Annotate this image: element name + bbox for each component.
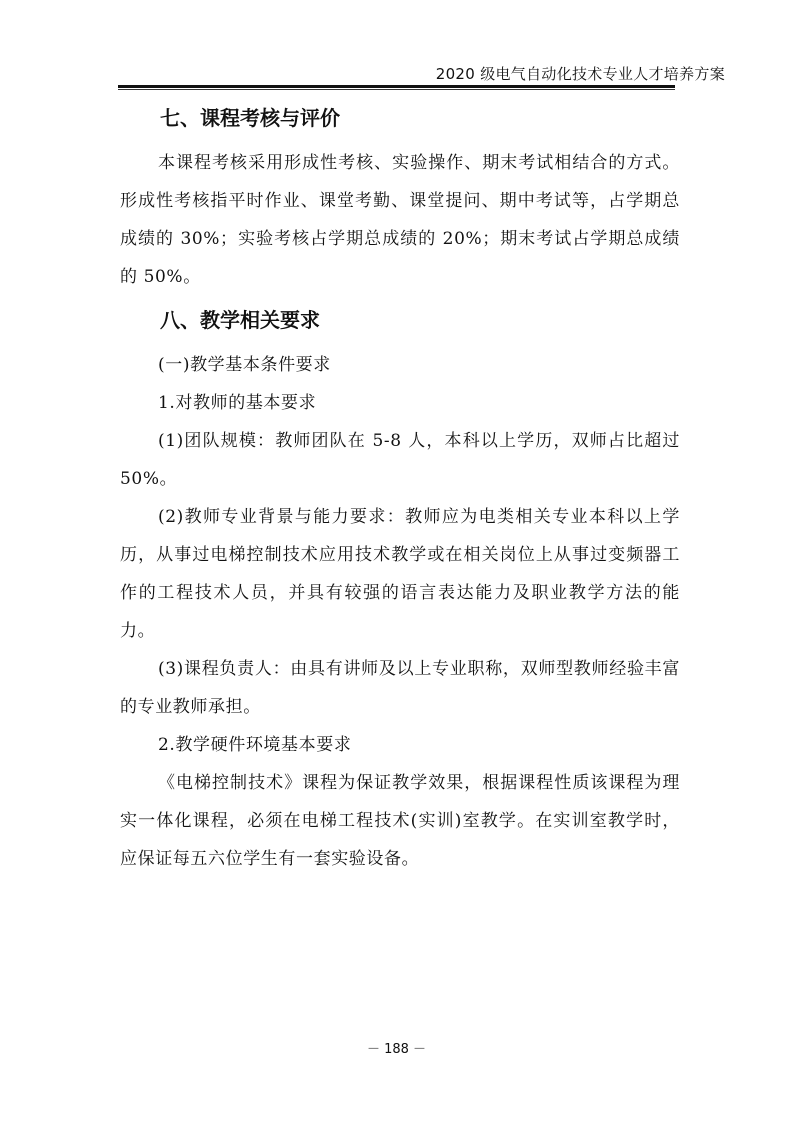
teacher-requirement-course-lead: (3)课程负责人：由具有讲师及以上专业职称，双师型教师经验丰富的专业教师承担。 [120, 650, 680, 726]
item-title-teacher-requirements: 1.对教师的基本要求 [120, 384, 680, 422]
item-title-hardware-requirements: 2.教学硬件环境基本要求 [120, 726, 680, 764]
section-heading-7: 七、课程考核与评价 [120, 104, 680, 144]
document-title: 2020 级电气自动化技术专业人才培养方案 [436, 63, 725, 84]
hardware-requirement-paragraph: 《电梯控制技术》课程为保证教学效果，根据课程性质该课程为理实一体化课程，必须在电… [120, 764, 680, 878]
section-heading-8: 八、教学相关要求 [120, 306, 680, 346]
assessment-paragraph: 本课程考核采用形成性考核、实验操作、期末考试相结合的方式。形成性考核指平时作业、… [120, 144, 680, 296]
header-rule-thick [118, 85, 675, 88]
page-body: 七、课程考核与评价 本课程考核采用形成性考核、实验操作、期末考试相结合的方式。形… [120, 104, 680, 878]
page-number: － 188 － [0, 1038, 793, 1057]
running-header: 2020 级电气自动化技术专业人才培养方案 [118, 63, 725, 85]
header-rule-thin [118, 89, 675, 90]
teacher-requirement-background: (2)教师专业背景与能力要求：教师应为电类相关专业本科以上学历，从事过电梯控制技… [120, 498, 680, 650]
subsection-heading-basic-conditions: (一)教学基本条件要求 [120, 346, 680, 384]
teacher-requirement-team-size: (1)团队规模：教师团队在 5-8 人，本科以上学历，双师占比超过 50%。 [120, 422, 680, 498]
